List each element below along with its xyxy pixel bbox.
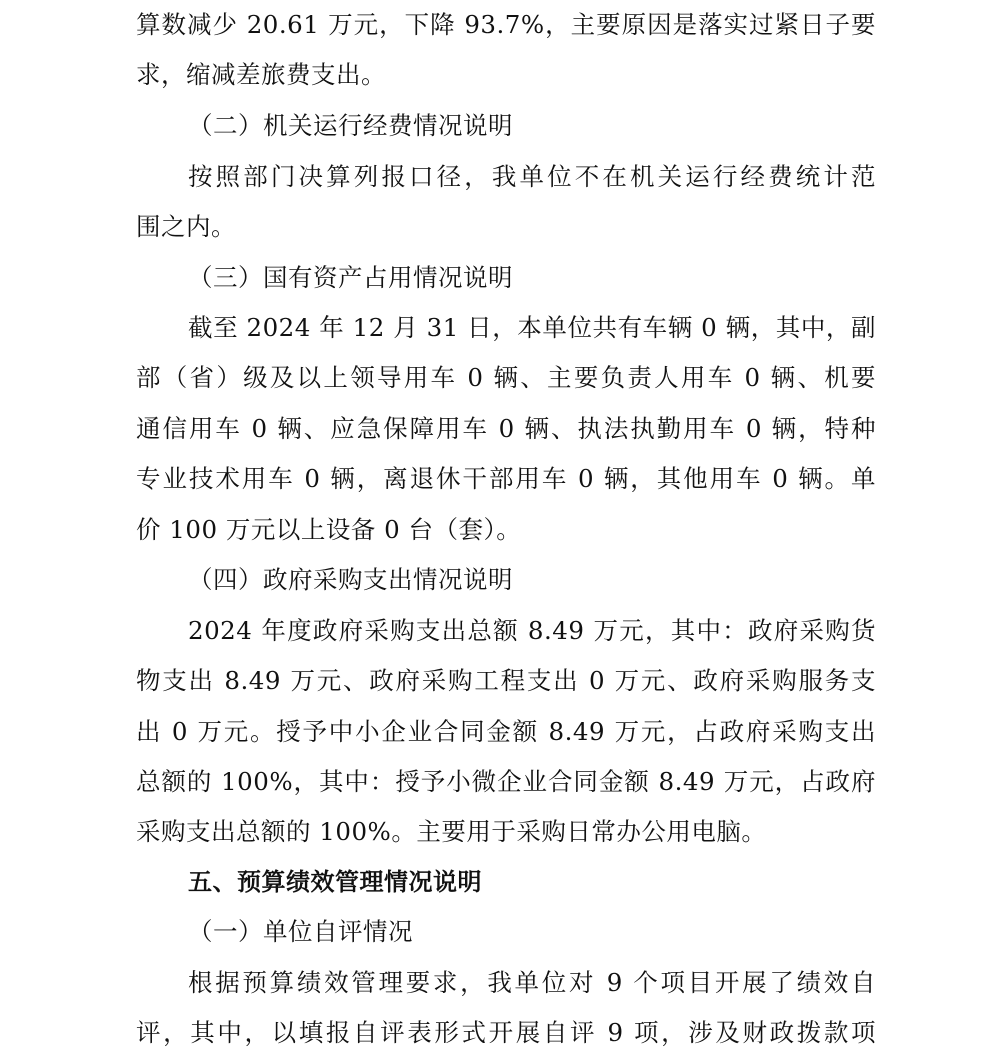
body-line-8: 部（省）级及以上领导用车 0 辆、主要负责人用车 0 辆、机要 <box>136 353 876 403</box>
subheading-self-evaluation: （一）单位自评情况 <box>136 907 413 957</box>
body-line-20: 根据预算绩效管理要求，我单位对 9 个项目开展了绩效自 <box>136 958 876 1008</box>
section-heading-performance: 五、预算绩效管理情况说明 <box>136 857 482 907</box>
body-line-17: 采购支出总额的 100%。主要用于采购日常办公用电脑。 <box>136 807 876 857</box>
body-line-4: 按照部门决算列报口径，我单位不在机关运行经费统计范 <box>136 152 876 202</box>
body-line-14: 物支出 8.49 万元、政府采购工程支出 0 万元、政府采购服务支 <box>136 656 876 706</box>
body-line-11: 价 100 万元以上设备 0 台（套）。 <box>136 505 876 555</box>
body-line-10: 专业技术用车 0 辆，离退休干部用车 0 辆，其他用车 0 辆。单 <box>136 454 876 504</box>
body-line-5: 围之内。 <box>136 202 876 252</box>
body-line-7: 截至 2024 年 12 月 31 日，本单位共有车辆 0 辆，其中，副 <box>136 303 876 353</box>
subheading-state-assets: （三）国有资产占用情况说明 <box>136 253 513 303</box>
body-line-1: 算数减少 20.61 万元，下降 93.7%，主要原因是落实过紧日子要 <box>136 0 876 50</box>
subheading-gov-procurement: （四）政府采购支出情况说明 <box>136 555 513 605</box>
body-line-2: 求，缩减差旅费支出。 <box>136 50 876 100</box>
body-line-16: 总额的 100%，其中：授予小微企业合同金额 8.49 万元，占政府 <box>136 757 876 807</box>
subheading-admin-expenses: （二）机关运行经费情况说明 <box>136 101 513 151</box>
body-line-21: 评，其中，以填报自评表形式开展自评 9 项，涉及财政拨款项 <box>136 1008 876 1056</box>
body-line-15: 出 0 万元。授予中小企业合同金额 8.49 万元，占政府采购支出 <box>136 707 876 757</box>
body-line-9: 通信用车 0 辆、应急保障用车 0 辆、执法执勤用车 0 辆，特种 <box>136 404 876 454</box>
body-line-13: 2024 年度政府采购支出总额 8.49 万元，其中：政府采购货 <box>136 606 876 656</box>
